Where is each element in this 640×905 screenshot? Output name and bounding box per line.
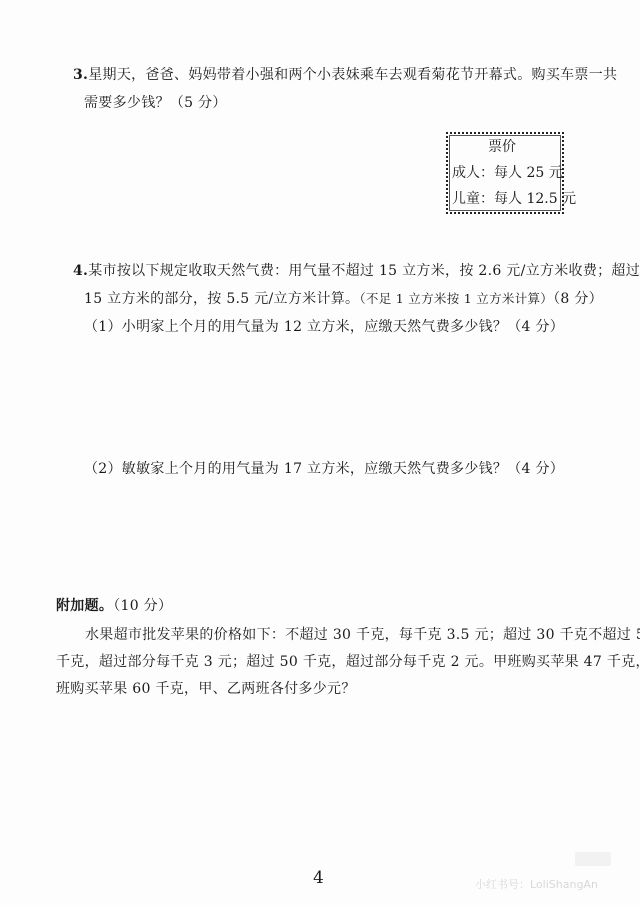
bonus-line-2: 千克，超过部分每千克 3 元；超过 50 千克，超过部分每千克 2 元。甲班购买… (56, 653, 640, 671)
question-4-sub-2: （2）敏敏家上个月的用气量为 17 立方米，应缴天然气费多少钱？（4 分） (84, 460, 564, 478)
watermark: 小红书号：LoliShangAn (475, 876, 598, 892)
question-4-sub-1: （1）小明家上个月的用气量为 12 立方米，应缴天然气费多少钱？（4 分） (84, 318, 564, 336)
question-3-number: 3. (73, 67, 88, 83)
ticket-price-adult: 成人：每人 25 元 (452, 164, 563, 182)
question-4-line-2: 15 立方米的部分，按 5.5 元/立方米计算。 (84, 291, 359, 307)
ticket-price-title: 票价 (488, 138, 516, 156)
question-4-line-1: 某市按以下规定收取天然气费：用气量不超过 15 立方米，按 2.6 元/立方米收… (88, 263, 640, 279)
bonus-points: （10 分） (113, 598, 172, 614)
watermark-logo (575, 852, 611, 866)
question-4-note: （不足 1 立方米按 1 立方米计算） (359, 291, 553, 306)
question-3-line-2: 需要多少钱？（5 分） (84, 94, 227, 112)
question-3-line-1: 星期天，爸爸、妈妈带着小强和两个小表妹乘车去观看菊花节开幕式。购买车票一共 (88, 67, 617, 83)
ticket-price-child: 儿童：每人 12.5 元 (452, 190, 576, 208)
bonus-title: 附加题。 (56, 598, 113, 614)
question-4-number: 4. (73, 263, 88, 279)
bonus-line-1: 水果超市批发苹果的价格如下：不超过 30 千克，每千克 3.5 元；超过 30 … (85, 626, 640, 644)
ticket-price-box: 票价 成人：每人 25 元 儿童：每人 12.5 元 (446, 132, 564, 214)
question-4-points: （8 分） (553, 291, 603, 307)
bonus-line-3: 班购买苹果 60 千克，甲、乙两班各付多少元？ (56, 680, 356, 698)
page-number: 4 (313, 868, 324, 888)
